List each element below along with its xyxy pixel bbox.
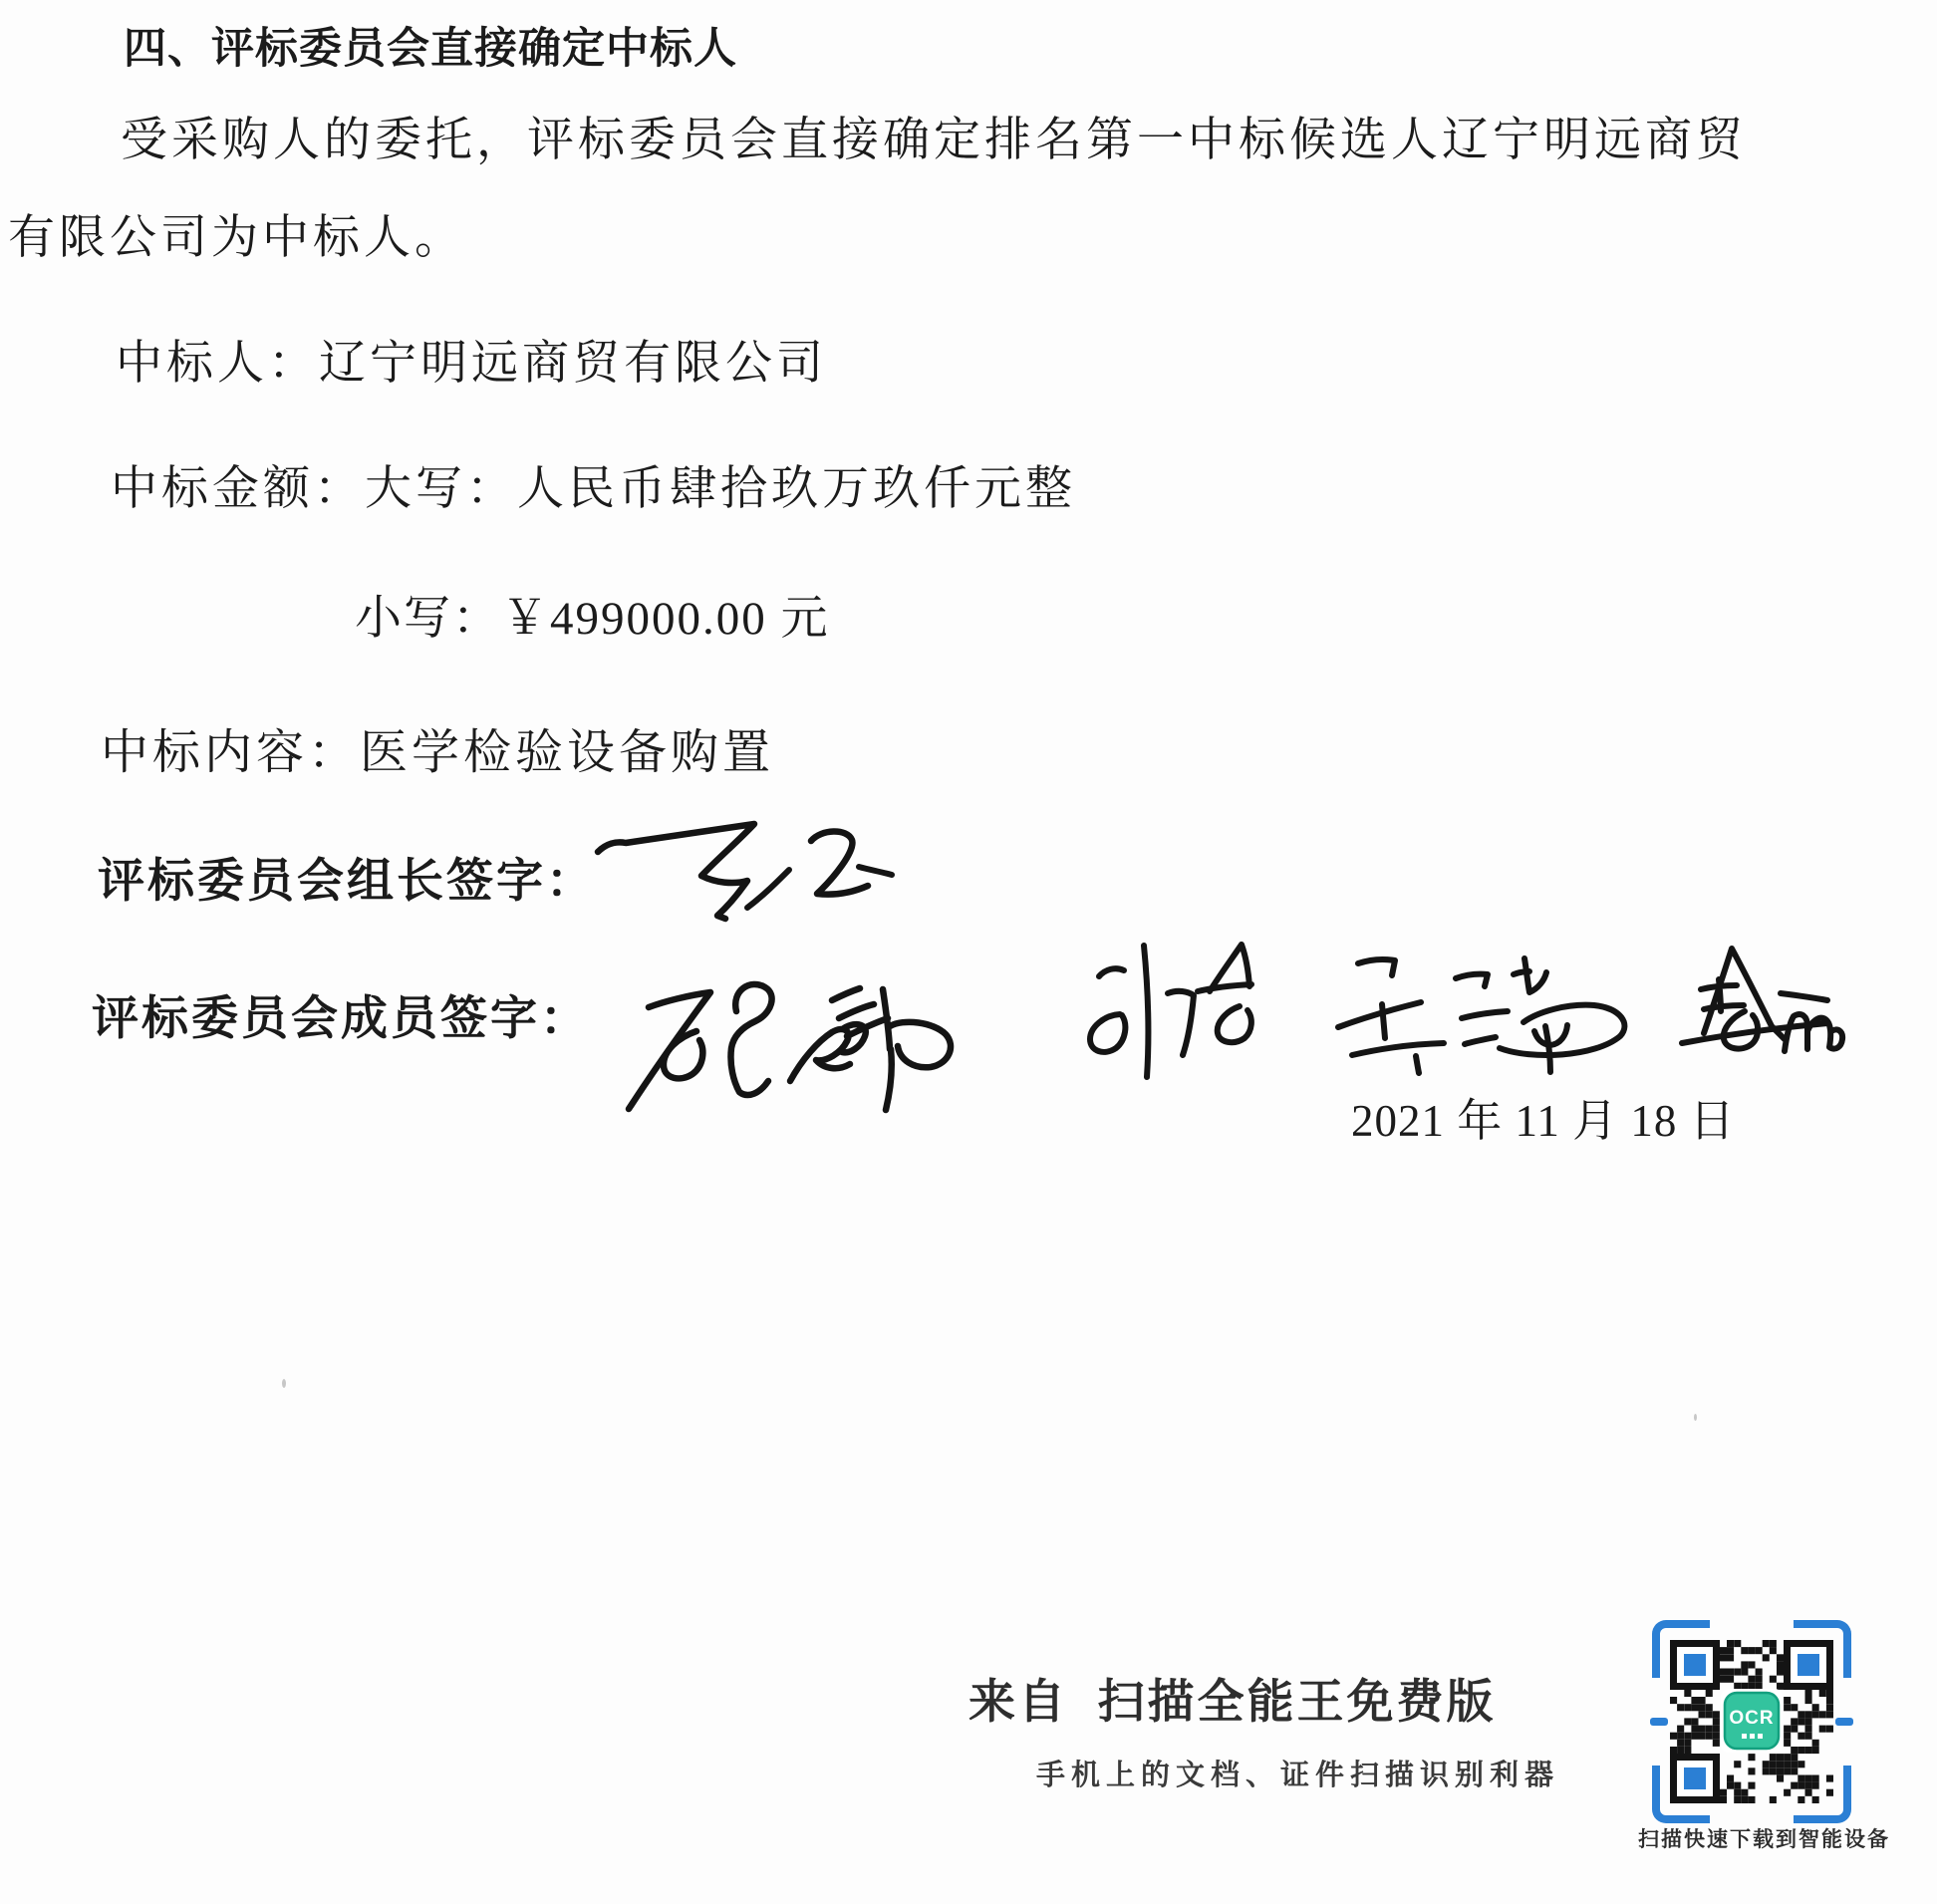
qr-modules: OCR (1670, 1640, 1833, 1803)
scanner-watermark-source: 来自 扫描全能王免费版 (968, 1676, 1497, 1730)
scan-speck (282, 1379, 286, 1388)
qr-caption: 扫描快速下载到智能设备 (1638, 1827, 1890, 1851)
amount-in-words-line: 中标金额：大写：人民币肆拾玖万玖仟元整 (111, 462, 1076, 516)
chair-handwritten-signature (590, 797, 988, 932)
paragraph-line-2: 有限公司为中标人。 (8, 211, 465, 265)
paragraph-line-1: 受采购人的委托，评标委员会直接确定排名第一中标候选人辽宁明远商贸 (121, 114, 1747, 167)
qr-frame-dash-icon (1650, 1718, 1668, 1726)
qr-code: OCR (1652, 1620, 1851, 1823)
member-handwritten-signatures (613, 932, 1898, 1121)
bid-content-line: 中标内容：医学检验设备购置 (101, 725, 774, 780)
scanned-document-page: 四、评标委员会直接确定中标人 受采购人的委托，评标委员会直接确定排名第一中标候选… (0, 0, 1937, 1904)
scan-speck (1694, 1414, 1697, 1421)
chair-signature-label: 评标委员会组长签字： (98, 855, 596, 909)
member-signature-2 (1090, 945, 1251, 1077)
winner-line: 中标人：辽宁明远商贸有限公司 (116, 337, 827, 391)
svg-text:OCR: OCR (1729, 1708, 1774, 1729)
member-signature-4 (1682, 949, 1842, 1051)
section-heading: 四、评标委员会直接确定中标人 (124, 25, 737, 74)
qr-frame-dash-icon (1835, 1718, 1853, 1726)
scanner-watermark-tagline: 手机上的文档、证件扫描识别利器 (1036, 1760, 1559, 1792)
ocr-logo-icon: OCR (1721, 1689, 1783, 1753)
member-signature-1 (629, 984, 951, 1110)
member-signature-3 (1338, 958, 1624, 1073)
member-signature-label: 评标委员会成员签字： (92, 992, 590, 1046)
amount-in-figures-line: 小写：￥499000.00 元 (355, 592, 830, 646)
